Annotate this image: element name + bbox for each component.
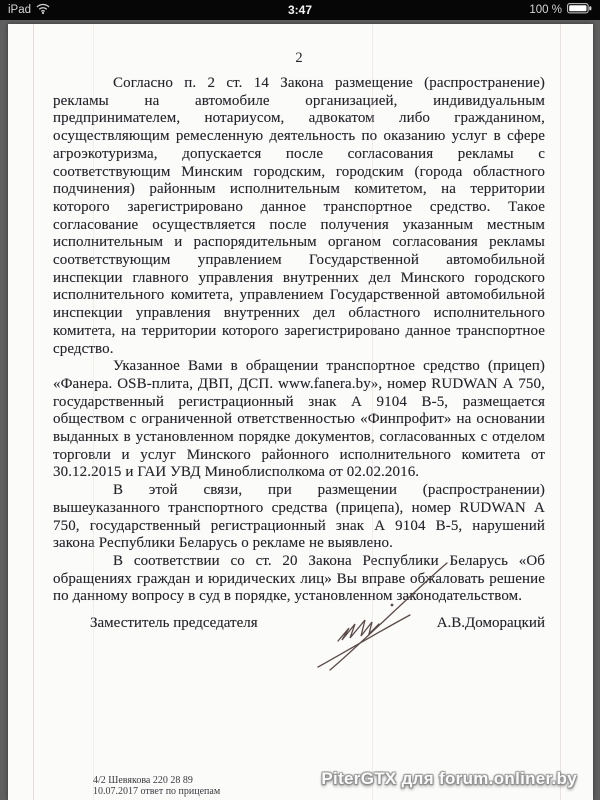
page-number: 2 — [53, 50, 545, 67]
status-bar-right: 100 % — [529, 3, 592, 17]
footer-date-note: 10.07.2017 ответ по прицепам — [93, 786, 220, 797]
footer-reference: 4/2 Шевякова 220 28 89 — [93, 775, 220, 786]
handwritten-signature — [300, 555, 460, 680]
document-footer: 4/2 Шевякова 220 28 89 10.07.2017 ответ … — [93, 775, 220, 797]
carrier-label: iPad — [8, 4, 31, 16]
body-paragraph: Указанное Вами в обращении транспортное … — [53, 358, 545, 482]
signer-title: Заместитель председателя — [90, 615, 258, 632]
battery-icon — [567, 3, 592, 17]
forum-watermark: PiterGTX для forum.onliner.by — [321, 769, 577, 789]
clock: 3:47 — [0, 3, 600, 17]
battery-percent: 100 % — [529, 4, 562, 16]
paper-crease — [33, 24, 34, 800]
wifi-icon — [36, 3, 50, 17]
paper-crease — [560, 24, 561, 800]
signature-row: Заместитель председателя А.В.Доморацкий — [53, 615, 545, 632]
body-paragraph: В соответствии со ст. 20 Закона Республи… — [53, 553, 545, 606]
status-bar-left: iPad — [8, 3, 50, 17]
ipad-screen: iPad 3:47 100 % — [0, 0, 600, 800]
body-paragraph: В этой связи, при размещении (распростра… — [53, 482, 545, 553]
body-paragraph: Согласно п. 2 ст. 14 Закона размещение (… — [53, 75, 545, 358]
status-bar: iPad 3:47 100 % — [0, 0, 600, 20]
document-page[interactable]: 2 Согласно п. 2 ст. 14 Закона размещение… — [8, 24, 593, 800]
